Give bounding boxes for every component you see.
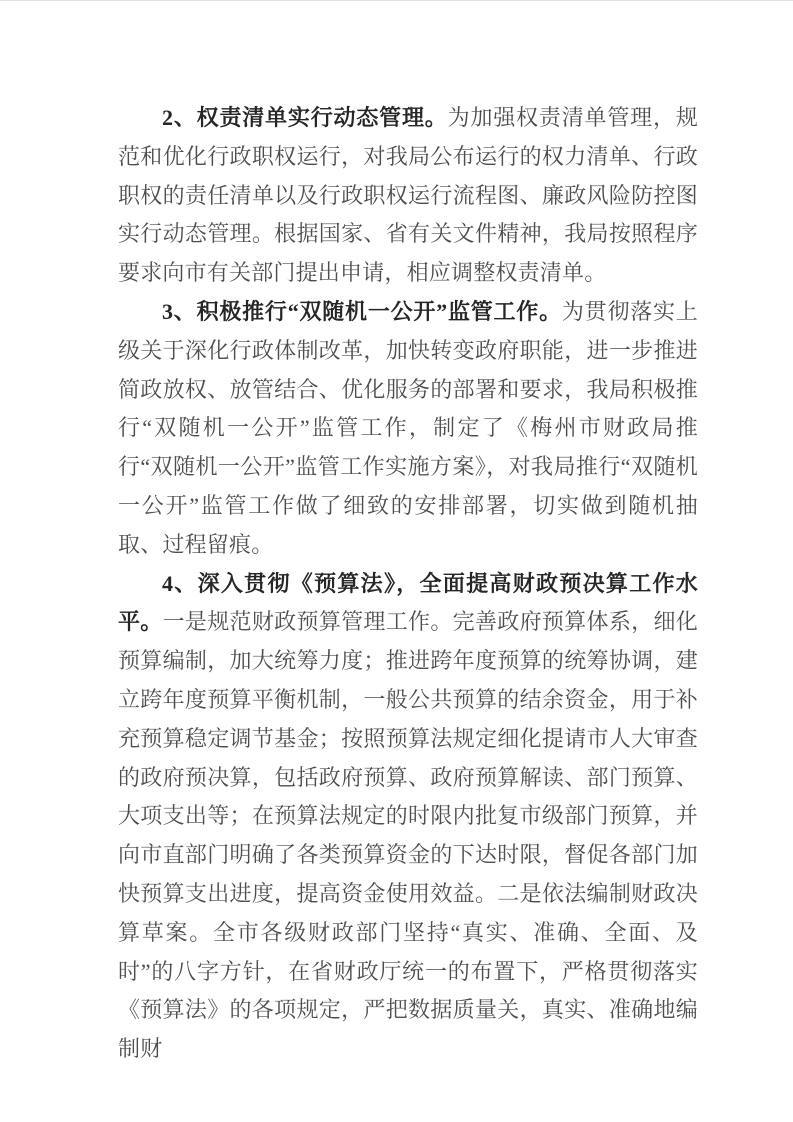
paragraph-heading: 3、积极推行“双随机一公开”监管工作。 xyxy=(162,299,562,324)
paragraph: 4、深入贯彻《预算法》，全面提高财政预决算工作水平。一是规范财政预算管理工作。完… xyxy=(118,565,698,1069)
paragraph-body: 为加强权责清单管理，规范和优化行政职权运行，对我局公布运行的权力清单、行政职权的… xyxy=(118,105,698,285)
paragraph: 2、权责清单实行动态管理。为加强权责清单管理，规范和优化行政职权运行，对我局公布… xyxy=(118,99,698,293)
paragraph-body: 一是规范财政预算管理工作。完善政府预算体系，细化预算编制，加大统筹力度；推进跨年… xyxy=(118,609,698,1061)
document-page: 2、权责清单实行动态管理。为加强权责清单管理，规范和优化行政职权运行，对我局公布… xyxy=(0,0,793,1122)
scan-edge-line xyxy=(0,0,793,1)
paragraph-body: 为贯彻落实上级关于深化行政体制改革，加快转变政府职能，进一步推进简政放权、放管结… xyxy=(118,299,698,557)
paragraph: 3、积极推行“双随机一公开”监管工作。为贯彻落实上级关于深化行政体制改革，加快转… xyxy=(118,293,698,565)
paragraph-heading: 2、权责清单实行动态管理。 xyxy=(162,105,448,130)
document-body: 2、权责清单实行动态管理。为加强权责清单管理，规范和优化行政职权运行，对我局公布… xyxy=(118,99,698,1069)
